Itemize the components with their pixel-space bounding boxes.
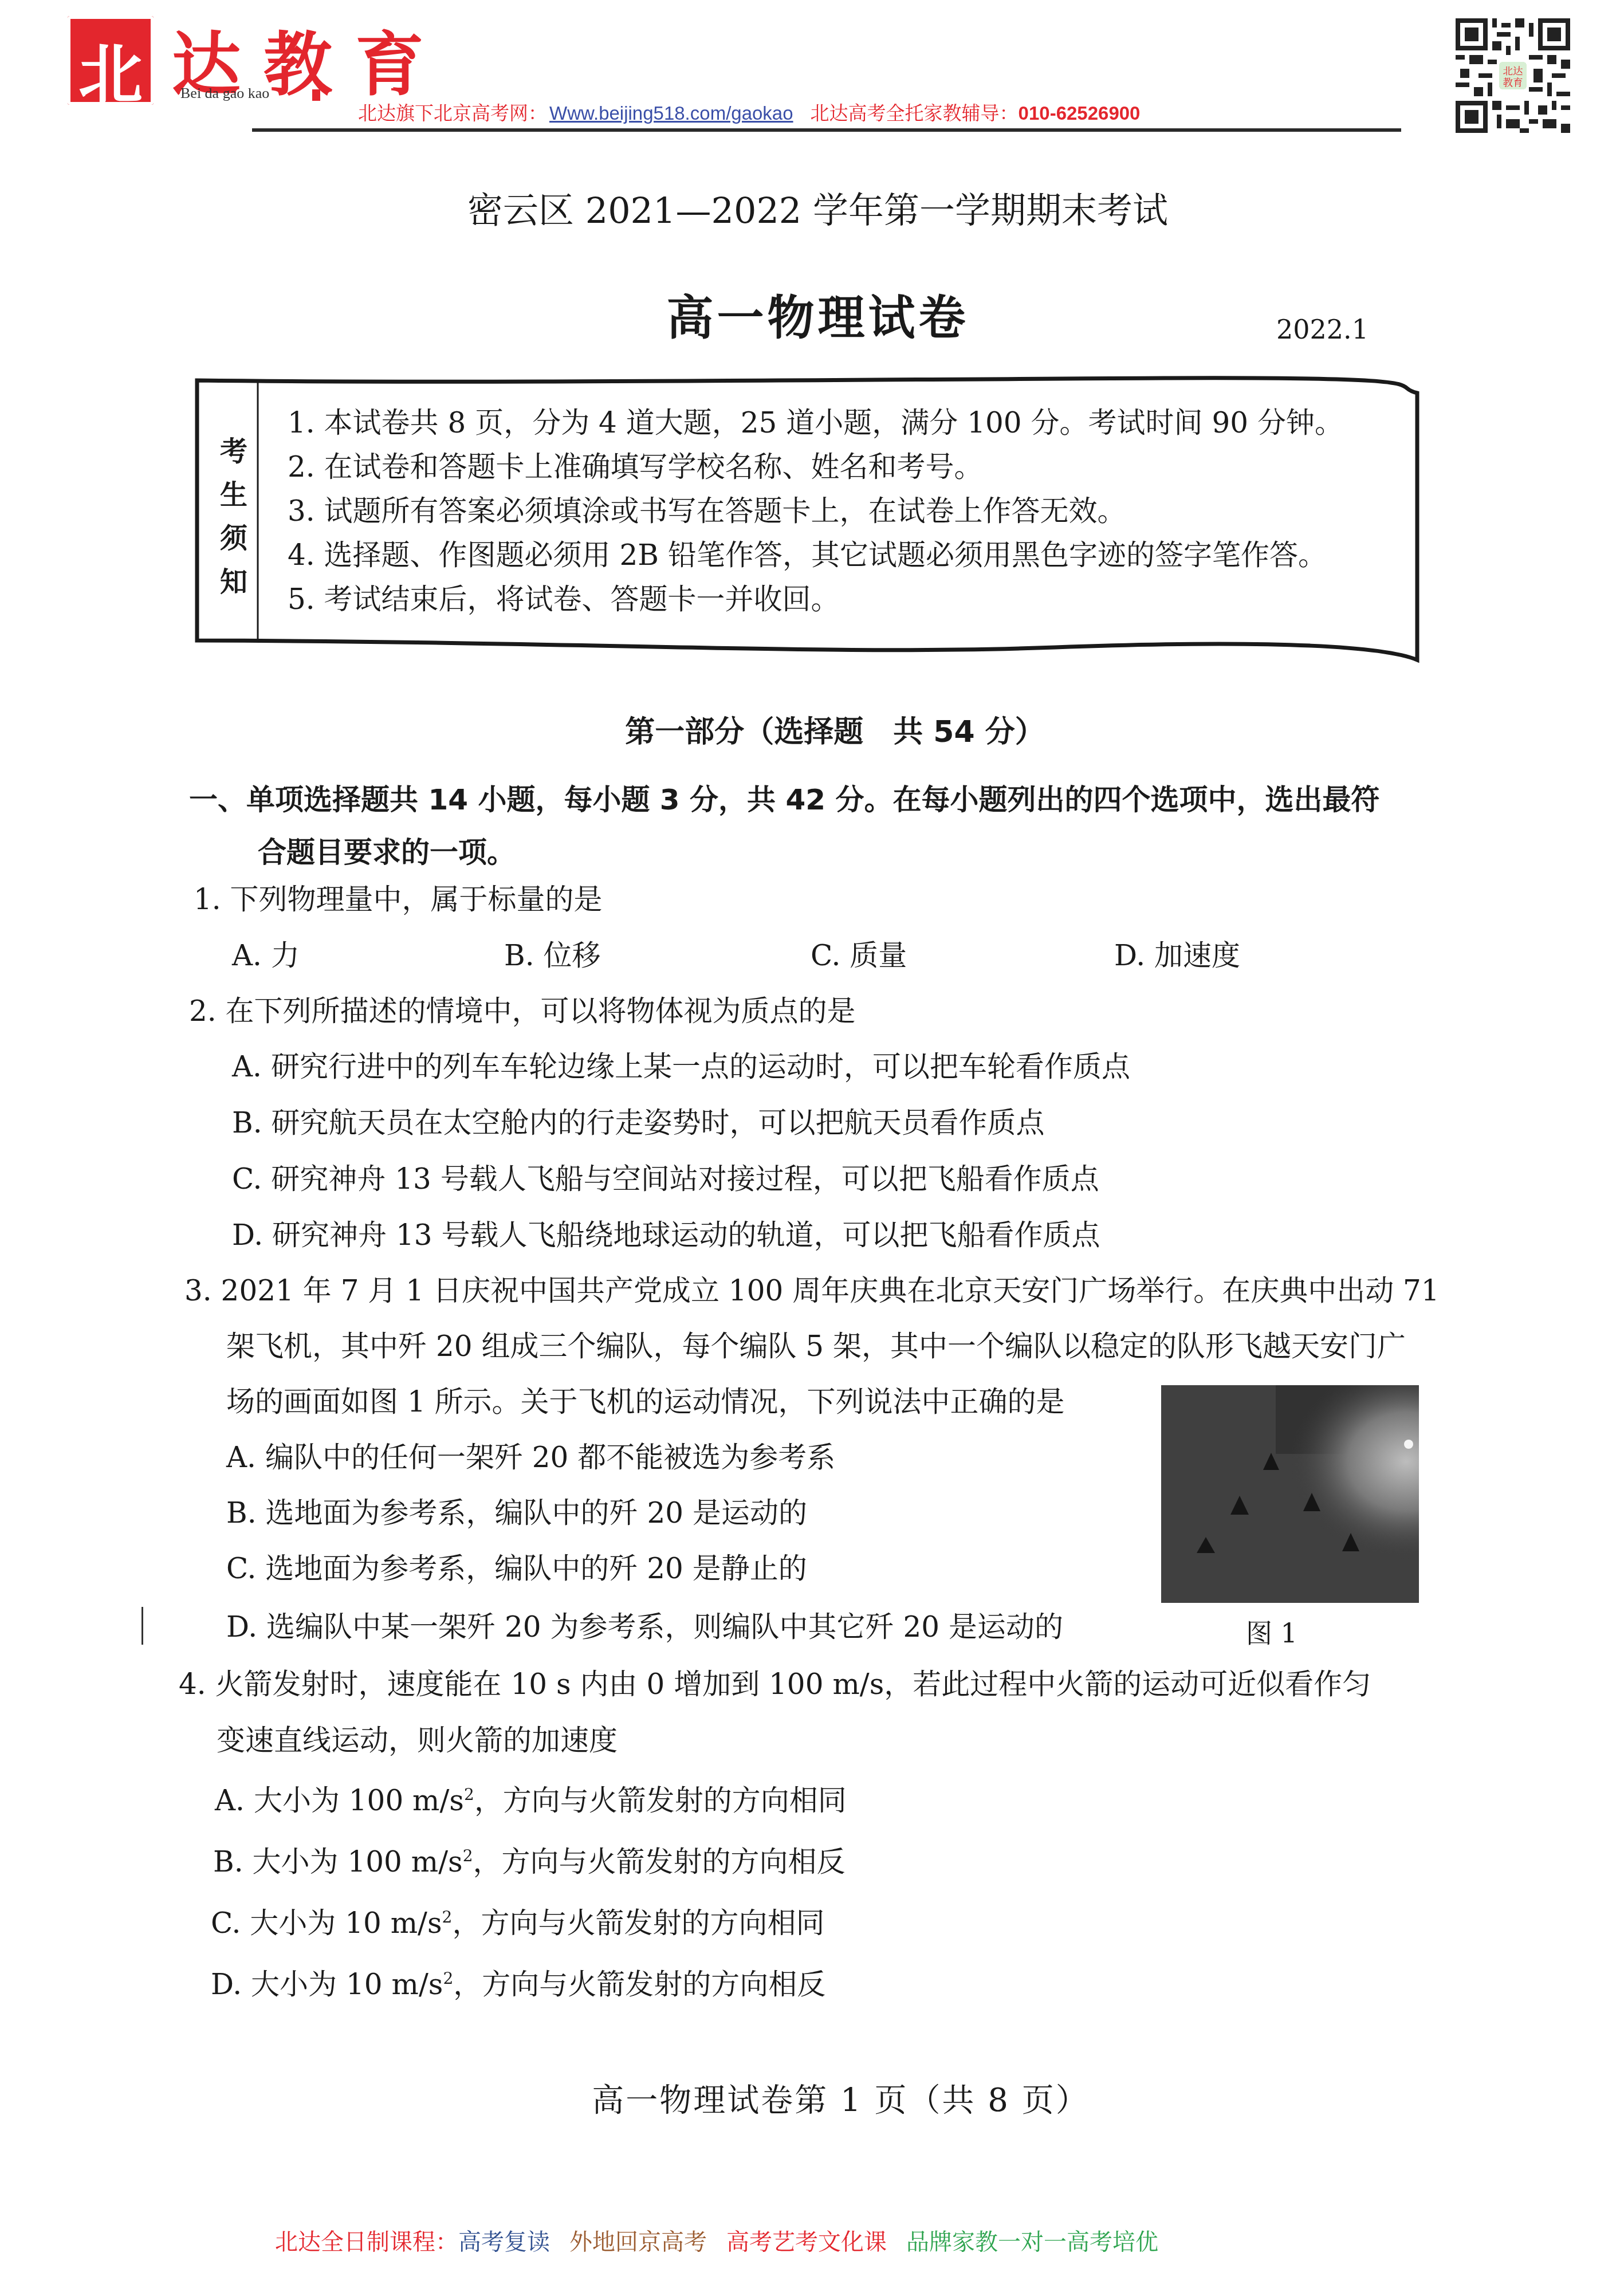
figure-1-jet-formation-photo	[1161, 1385, 1419, 1603]
notice-list: 1. 本试卷共 8 页，分为 4 道大题，25 道小题，满分 100 分。考试时…	[288, 401, 1343, 622]
q2-option-b: B. 研究航天员在太空舱内的行走姿势时，可以把航天员看作质点	[232, 1100, 1045, 1141]
q1-option-d: D. 加速度	[1114, 933, 1240, 974]
question-3-stem-line1: 3. 2021 年 7 月 1 日庆祝中国共产党成立 100 周年庆典在北京天安…	[184, 1268, 1440, 1309]
q4-option-c: C. 大小为 10 m/s2，方向与火箭发射的方向相同	[211, 1900, 824, 1941]
q1-option-c: C. 质量	[811, 933, 907, 974]
notice-box: 考 生 须 知 1. 本试卷共 8 页，分为 4 道大题，25 道小题，满分 1…	[196, 378, 1417, 662]
q4-option-b: B. 大小为 100 m/s2，方向与火箭发射的方向相反	[213, 1839, 846, 1880]
site-label: 北达旗下北京高考网：	[358, 103, 547, 124]
section-title: 第一部分（选择题 共 54 分）	[0, 707, 1624, 750]
promo-item: 外地回京高考	[569, 2230, 707, 2255]
notice-item: 4. 选择题、作图题必须用 2B 铅笔作答，其它试题必须用黑色字迹的签字笔作答。	[288, 533, 1343, 577]
q2-option-c: C. 研究神舟 13 号载人飞船与空间站对接过程，可以把飞船看作质点	[232, 1156, 1099, 1197]
tutor-phone: 010-62526900	[1019, 103, 1141, 124]
site-url-link[interactable]: Www.beijing518.com/gaokao	[549, 103, 793, 124]
notice-item: 1. 本试卷共 8 页，分为 4 道大题，25 道小题，满分 100 分。考试时…	[288, 401, 1343, 445]
promo-item: 高考艺考文化课	[726, 2230, 887, 2255]
paper-title: 高一物理试卷	[0, 281, 1624, 348]
q4-option-a: A. 大小为 100 m/s2，方向与火箭发射的方向相同	[215, 1778, 847, 1819]
q4-option-d: D. 大小为 10 m/s2，方向与火箭发射的方向相反	[211, 1961, 825, 2003]
q3-option-b: B. 选地面为参考系，编队中的歼 20 是运动的	[226, 1490, 807, 1531]
exam-title: 密云区 2021—2022 学年第一学期期末考试	[0, 182, 1624, 233]
margin-mark	[141, 1607, 143, 1645]
page-number: 高一物理试卷第 1 页（共 8 页）	[0, 2075, 1624, 2121]
logo-seal-char: 北	[68, 24, 154, 116]
question-4-stem-line2: 变速直线运动，则火箭的加速度	[217, 1717, 618, 1759]
notice-item: 2. 在试卷和答题卡上准确填写学校名称、姓名和考号。	[288, 445, 1343, 489]
tutor-label: 北达高考全托家教辅导：	[811, 103, 1019, 124]
qr-code-icon: 北达 教育	[1455, 18, 1571, 133]
section-instruction: 一、单项选择题共 14 小题，每小题 3 分，共 42 分。在每小题列出的四个选…	[189, 773, 1379, 879]
q1-option-b: B. 位移	[504, 933, 601, 974]
promo-label: 北达全日制课程：	[275, 2230, 458, 2255]
svg-text:北达: 北达	[1503, 66, 1523, 77]
question-3-stem-line2: 架飞机，其中歼 20 组成三个编队，每个编队 5 架，其中一个编队以稳定的队形飞…	[226, 1323, 1406, 1365]
header-divider	[252, 128, 1401, 132]
figure-1-caption: 图 1	[1246, 1613, 1297, 1650]
logo-subtitle: Bei da gao kao	[180, 85, 269, 102]
question-2-stem: 2. 在下列所描述的情境中，可以将物体视为质点的是	[189, 988, 856, 1029]
question-1-stem: 1. 下列物理量中，属于标量的是	[194, 876, 603, 918]
q1-option-a: A. 力	[232, 933, 300, 974]
notice-item: 5. 考试结束后，将试卷、答题卡一并收回。	[288, 577, 1343, 622]
header-links: 北达旗下北京高考网：Www.beijing518.com/gaokao北达高考全…	[358, 99, 1140, 125]
q2-option-d: D. 研究神舟 13 号载人飞船绕地球运动的轨道，可以把飞船看作质点	[232, 1212, 1100, 1253]
exam-date: 2022.1	[1276, 314, 1369, 345]
q2-option-a: A. 研究行进中的列车车轮边缘上某一点的运动时，可以把车轮看作质点	[232, 1044, 1130, 1085]
question-3-stem-line3: 场的画面如图 1 所示。关于飞机的运动情况，下列说法中正确的是	[226, 1379, 1065, 1420]
notice-label: 考 生 须 知	[215, 430, 252, 604]
promo-footer: 北达全日制课程：高考复读外地回京高考高考艺考文化课品牌家教一对一高考培优	[275, 2224, 1178, 2257]
svg-text:教育: 教育	[1503, 77, 1523, 89]
q3-option-c: C. 选地面为参考系，编队中的歼 20 是静止的	[226, 1546, 807, 1587]
promo-item: 高考复读	[458, 2230, 550, 2255]
promo-item: 品牌家教一对一高考培优	[906, 2230, 1158, 2255]
notice-item: 3. 试题所有答案必须填涂或书写在答题卡上，在试卷上作答无效。	[288, 489, 1343, 533]
question-4-stem-line1: 4. 火箭发射时，速度能在 10 s 内由 0 增加到 100 m/s，若此过程…	[179, 1661, 1371, 1703]
q3-option-d: D. 选编队中某一架歼 20 为参考系，则编队中其它歼 20 是运动的	[226, 1604, 1063, 1645]
q3-option-a: A. 编队中的任何一架歼 20 都不能被选为参考系	[226, 1434, 835, 1476]
logo-square-icon	[312, 89, 320, 101]
logo-seal: 北	[68, 16, 154, 105]
